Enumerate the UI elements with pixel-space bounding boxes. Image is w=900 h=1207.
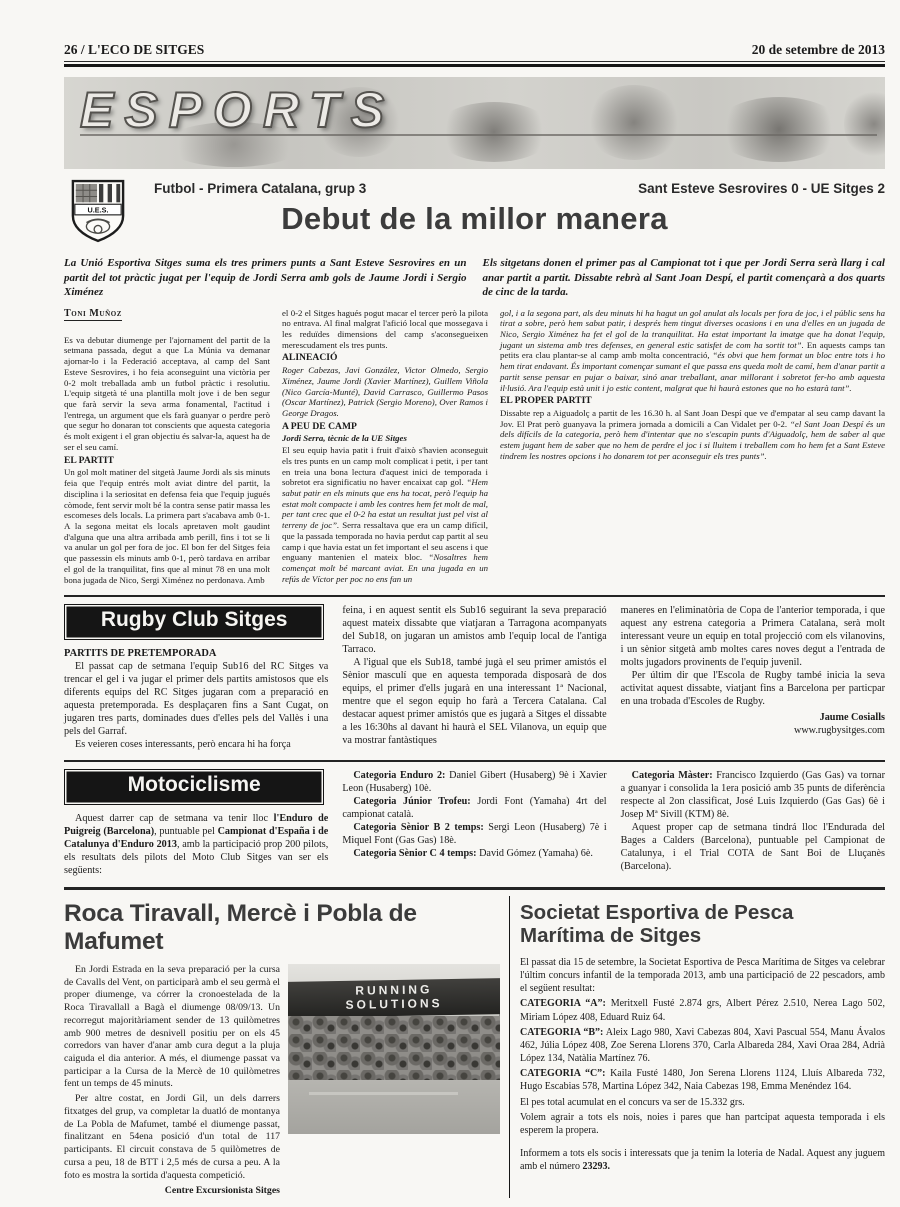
- body-paragraph: Aquest proper cap de setmana tindrá lloc…: [621, 821, 885, 873]
- lineup-list: Roger Cabezas, Javi González, Victor Olm…: [282, 365, 488, 419]
- result-line: Categoria Sènior C 4 temps: David Gómez …: [342, 847, 606, 860]
- category-label: Categoria Enduro 2:: [353, 770, 445, 781]
- bottom-section: Roca Tiravall, Mercè i Pobla de Mafumet …: [64, 896, 885, 1198]
- category-label: Categoria Màster:: [632, 770, 713, 781]
- football-header: U.E.S. Futbol - Primera Catalana, grup 3…: [64, 181, 885, 247]
- roca-text-column: En Jordi Estrada en la seva preparació p…: [64, 964, 280, 1198]
- body-paragraph: Es veieren coses interessants, però enca…: [64, 738, 328, 751]
- esports-banner-title: ESPORTS: [80, 81, 395, 139]
- body-paragraph: El pes total acumulat en el concurs va s…: [520, 1096, 885, 1109]
- roca-body: En Jordi Estrada en la seva preparació p…: [64, 964, 500, 1198]
- lottery-text: Informem a tots els socis i interessats …: [520, 1148, 885, 1172]
- lottery-number: 23293.: [582, 1161, 610, 1172]
- rugby-section-title: Rugby Club Sitges: [64, 604, 324, 640]
- subhead-proper-partit: EL PROPER PARTIT: [500, 395, 885, 407]
- photo-start-banner: RUNNING SOLUTIONS: [288, 978, 500, 1018]
- football-column-2: el 0-2 el Sitges hagués pogut macar el t…: [282, 308, 488, 587]
- body-paragraph: Un gol molt matiner del sitgetà Jaume Jo…: [64, 467, 270, 585]
- category-label: Categoria Júnior Trofeu:: [353, 796, 470, 807]
- crest-initials: U.E.S.: [88, 205, 109, 214]
- subhead-el-partit: EL PARTIT: [64, 455, 270, 467]
- body-paragraph: El seu equip havia patit i fruit d'això …: [282, 445, 488, 584]
- rugby-section: Rugby Club Sitges PARTITS DE PRETEMPORAD…: [64, 604, 885, 752]
- result-line: Categoria Sènior B 2 temps: Sergi Leon (…: [342, 821, 606, 847]
- section-divider-heavy: [64, 887, 885, 890]
- lead-left: La Unió Esportiva Sitges suma els tres p…: [64, 256, 467, 300]
- body-paragraph: feina, i en aquest sentit els Sub16 segu…: [342, 604, 606, 656]
- moto-section-title: Motociclisme: [64, 769, 324, 805]
- football-column-1: Toni Muñoz Es va debutar diumenge per l'…: [64, 308, 270, 587]
- kicker-row: Futbol - Primera Catalana, grup 3 Sant E…: [64, 181, 885, 196]
- subhead-a-peu-de-camp: A PEU DE CAMP: [282, 421, 488, 433]
- body-paragraph: Per altre costat, en Jordi Gil, un dels …: [64, 1093, 280, 1182]
- photo-road: [288, 1080, 500, 1134]
- race-start-photo: RUNNING SOLUTIONS: [288, 964, 500, 1134]
- category-a-results: CATEGORIA “A”: Meritxell Fusté 2.874 grs…: [520, 997, 885, 1023]
- photo-runners-crowd: [288, 1016, 500, 1080]
- category-c-results: CATEGORIA “C”: Kaila Fusté 1480, Jon Ser…: [520, 1067, 885, 1093]
- body-paragraph: El passat cap de setmana l'equip Sub16 d…: [64, 660, 328, 738]
- rugby-column-3: maneres en l'eliminatòria de Copa de l'a…: [621, 604, 885, 752]
- byline: Toni Muñoz: [64, 308, 122, 321]
- moto-column-1: Motociclisme Aquest darrer cap de setman…: [64, 769, 328, 877]
- ues-crest-logo: U.E.S.: [70, 179, 126, 243]
- article-headline: Debut de la millor manera: [64, 201, 885, 237]
- football-column-3: gol, i a la segona part, als deu minuts …: [500, 308, 885, 587]
- body-paragraph: el 0-2 el Sitges hagués pogut macar el t…: [282, 308, 488, 351]
- category-label: CATEGORIA “A”:: [520, 998, 606, 1009]
- rugby-column-2: feina, i en aquest sentit els Sub16 segu…: [342, 604, 606, 752]
- football-body: Toni Muñoz Es va debutar diumenge per l'…: [64, 308, 885, 587]
- page-number: 26 / L'ECO DE SITGES: [64, 42, 204, 58]
- category-label: CATEGORIA “B”:: [520, 1027, 603, 1038]
- body-paragraph: Dissabte rep a Aiguadolç a partit de les…: [500, 408, 885, 462]
- body-paragraph: Es va debutar diumenge per l'ajornament …: [64, 335, 270, 453]
- issue-date: 20 de setembre de 2013: [752, 42, 885, 58]
- subhead-alineacio: ALINEACIÓ: [282, 352, 488, 364]
- competition-kicker: Futbol - Primera Catalana, grup 3: [154, 181, 366, 196]
- masthead-rule: [64, 64, 885, 67]
- masthead: 26 / L'ECO DE SITGES 20 de setembre de 2…: [64, 42, 885, 62]
- body-paragraph: A l'igual que els Sub18, també jugà el s…: [342, 656, 606, 747]
- rugby-author-signature: Jaume Cosialls: [621, 711, 885, 724]
- intro-text: Aquest darrer cap de setmana va tenir ll…: [75, 813, 274, 824]
- lead-paragraphs: La Unió Esportiva Sitges suma els tres p…: [64, 256, 885, 300]
- match-score: Sant Esteve Sesrovires 0 - UE Sitges 2: [638, 181, 885, 196]
- moto-column-2: Categoria Enduro 2: Daniel Gibert (Husab…: [342, 769, 606, 877]
- roca-article: Roca Tiravall, Mercè i Pobla de Mafumet …: [64, 896, 509, 1198]
- body-paragraph: En Jordi Estrada en la seva preparació p…: [64, 964, 280, 1091]
- moto-intro: Aquest darrer cap de setmana va tenir ll…: [64, 812, 328, 877]
- body-paragraph: Volem agrair a tots els nois, noies i pa…: [520, 1111, 885, 1137]
- result-line: Categoria Màster: Francisco Izquierdo (G…: [621, 769, 885, 821]
- section-divider: [64, 760, 885, 762]
- rugby-column-1: Rugby Club Sitges PARTITS DE PRETEMPORAD…: [64, 604, 328, 752]
- football-article: U.E.S. Futbol - Primera Catalana, grup 3…: [64, 181, 885, 586]
- category-b-results: CATEGORIA “B”: Aleix Lago 980, Xavi Cabe…: [520, 1026, 885, 1066]
- lead-right: Els sitgetans donen el primer pas al Cam…: [483, 256, 886, 300]
- esports-banner: ESPORTS: [64, 77, 885, 169]
- pesca-article: Societat Esportiva de Pesca Marítima de …: [510, 896, 885, 1198]
- result-line: Categoria Enduro 2: Daniel Gibert (Husab…: [342, 769, 606, 795]
- newspaper-page: 26 / L'ECO DE SITGES 20 de setembre de 2…: [0, 0, 900, 1207]
- category-result: David Gómez (Yamaha) 6è.: [477, 848, 593, 859]
- category-label: Categoria Sènior B 2 temps:: [353, 822, 483, 833]
- section-divider: [64, 595, 885, 597]
- quote-context: El seu equip havia patit i fruit d'això …: [282, 445, 488, 487]
- intro-text: , puntuable pel: [154, 826, 217, 837]
- pesca-headline: Societat Esportiva de Pesca Marítima de …: [520, 902, 810, 948]
- moto-column-3: Categoria Màster: Francisco Izquierdo (G…: [621, 769, 885, 877]
- body-paragraph: gol, i a la segona part, als deu minuts …: [500, 308, 885, 394]
- body-paragraph: El passat dia 15 de setembre, la Societa…: [520, 956, 885, 996]
- rugby-subhead: PARTITS DE PRETEMPORADA: [64, 647, 328, 660]
- body-paragraph: Per últim dir que l'Escola de Rugby tamb…: [621, 669, 885, 708]
- roca-signature: Centre Excursionista Sitges: [64, 1185, 280, 1198]
- banner-text-line: SOLUTIONS: [345, 997, 442, 1012]
- rugby-website: www.rugbysitges.com: [621, 724, 885, 737]
- roca-headline: Roca Tiravall, Mercè i Pobla de Mafumet: [64, 900, 500, 956]
- lottery-notice: Informem a tots els socis i interessats …: [520, 1147, 885, 1173]
- result-line: Categoria Júnior Trofeu: Jordi Font (Yam…: [342, 795, 606, 821]
- category-label: CATEGORIA “C”:: [520, 1068, 606, 1079]
- coach-line: Jordi Serra, tècnic de la UE Sitges: [282, 433, 488, 444]
- category-label: Categoria Sènior C 4 temps:: [353, 848, 476, 859]
- motociclisme-section: Motociclisme Aquest darrer cap de setman…: [64, 769, 885, 877]
- body-paragraph: maneres en l'eliminatòria de Copa de l'a…: [621, 604, 885, 669]
